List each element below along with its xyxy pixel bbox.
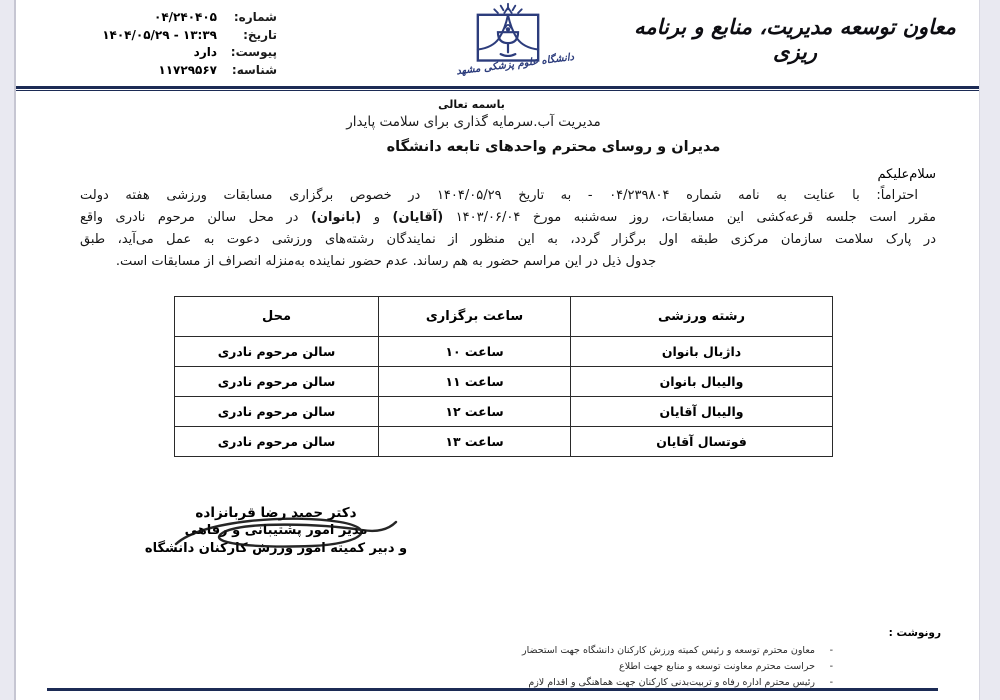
field-date-value: ۱۳:۳۹ - ۱۴۰۴/۰۵/۲۹ [102,27,217,45]
cell-time: ساعت ۱۱ [379,367,571,397]
bismillah-heading: باسمه تعالی [0,98,953,111]
body-line-2-pre: مقرر است جلسه قرعه‌کشی این مسابقات، روز … [443,210,936,225]
cell-time: ساعت ۱۲ [379,397,571,427]
dash-bullet: - [815,659,833,675]
cell-sport: داژبال بانوان [571,337,833,367]
field-date: تاریخ: ۱۳:۳۹ - ۱۴۰۴/۰۵/۲۹ [62,27,277,45]
field-number: شماره: ۰۴/۲۴۰۴۰۵ [62,9,277,27]
body-line-1: احتراماً: با عنایت به نامه شماره ۰۴/۲۳۹۸… [80,185,936,207]
field-id-label: شناسه: [217,62,277,80]
cell-place: سالن مرحوم نادری [175,427,379,457]
cc-item-2: - حراست محترم معاونت توسعه و منابع جهت ا… [321,659,941,675]
col-header-time: ساعت برگزاری [379,297,571,337]
cell-place: سالن مرحوم نادری [175,397,379,427]
cell-sport: والیبال آقایان [571,397,833,427]
letterhead-fields: شماره: ۰۴/۲۴۰۴۰۵ تاریخ: ۱۳:۳۹ - ۱۴۰۴/۰۵/… [62,9,277,79]
field-attachment-value: دارد [194,44,217,62]
cc-item-2-text: حراست محترم معاونت توسعه و منابع جهت اطل… [619,659,815,675]
body-line-2: مقرر است جلسه قرعه‌کشی این مسابقات، روز … [80,207,936,229]
field-number-value: ۰۴/۲۴۰۴۰۵ [154,9,217,27]
header-divider [16,86,979,91]
col-header-sport: رشته ورزشی [571,297,833,337]
body-line-4: جدول ذیل در این مراسم حضور به هم رساند. … [0,251,814,273]
cell-time: ساعت ۱۰ [379,337,571,367]
cell-sport: فوتسال آقایان [571,427,833,457]
field-number-label: شماره: [217,9,277,27]
cc-label: رونوشت : [321,627,941,639]
body-line-2-and: و [361,210,392,225]
schedule-table: رشته ورزشی ساعت برگزاری محل داژبال بانوا… [174,296,833,457]
cell-time: ساعت ۱۳ [379,427,571,457]
salutation: سلام‌علیکم [877,167,936,182]
body-line-3: در پارک سلامت سازمان مرکزی طبقه اول برگز… [80,229,936,251]
signer-title-2: و دبیر کمیته امور ورزش کارکنان دانشگاه [116,540,436,558]
body-line-2-men: (آقایان) [393,210,444,225]
letter-body: احتراماً: با عنایت به نامه شماره ۰۴/۲۳۹۸… [80,185,936,273]
signer-title-1: مدیر امور پشتیبانی و رفاهی [116,522,436,540]
signer-name: دکتر حمید رضا قربانزاده [116,504,436,522]
col-header-place: محل [175,297,379,337]
body-line-2-post: در محل سالن مرحوم نادری واقع [80,210,311,225]
field-id-value: ۱۱۷۲۹۵۶۷ [158,62,217,80]
cell-place: سالن مرحوم نادری [175,337,379,367]
scanned-letter-page: { "page": { "letterhead": { "fields": [ … [0,0,1000,700]
letter-page: شماره: ۰۴/۲۴۰۴۰۵ تاریخ: ۱۳:۳۹ - ۱۴۰۴/۰۵/… [14,0,980,700]
field-attachment-label: پیوست: [217,44,277,62]
table-row: داژبال بانوان ساعت ۱۰ سالن مرحوم نادری [175,337,833,367]
cc-item-1-text: معاون محترم توسعه و رئیس کمیته ورزش کارک… [522,643,815,659]
footer-divider [47,688,938,691]
field-date-label: تاریخ: [217,27,277,45]
department-title: معاون توسعه مدیریت، منابع و برنامه ریزی [619,14,971,64]
table-header-row: رشته ورزشی ساعت برگزاری محل [175,297,833,337]
table-row: والیبال بانوان ساعت ۱۱ سالن مرحوم نادری [175,367,833,397]
table-row: فوتسال آقایان ساعت ۱۳ سالن مرحوم نادری [175,427,833,457]
cc-section: رونوشت : - معاون محترم توسعه و رئیس کمیت… [321,627,941,691]
cell-sport: والیبال بانوان [571,367,833,397]
table-row: والیبال آقایان ساعت ۱۲ سالن مرحوم نادری [175,397,833,427]
slogan-line: مدیریت آب.سرمایه گذاری برای سلامت پایدار [0,114,955,130]
body-line-2-women: (بانوان) [311,210,361,225]
cell-place: سالن مرحوم نادری [175,367,379,397]
dash-bullet: - [815,643,833,659]
signature-block: دکتر حمید رضا قربانزاده مدیر امور پشتیبا… [116,504,436,558]
field-attachment: پیوست: دارد [62,44,277,62]
recipient-heading: مدیران و روسای محترم واحدهای تابعه دانشگ… [72,139,1000,155]
cc-item-1: - معاون محترم توسعه و رئیس کمیته ورزش کا… [321,643,941,659]
field-id: شناسه: ۱۱۷۲۹۵۶۷ [62,62,277,80]
university-logo: دانشگاه علوم پزشکی مشهد [456,2,560,86]
